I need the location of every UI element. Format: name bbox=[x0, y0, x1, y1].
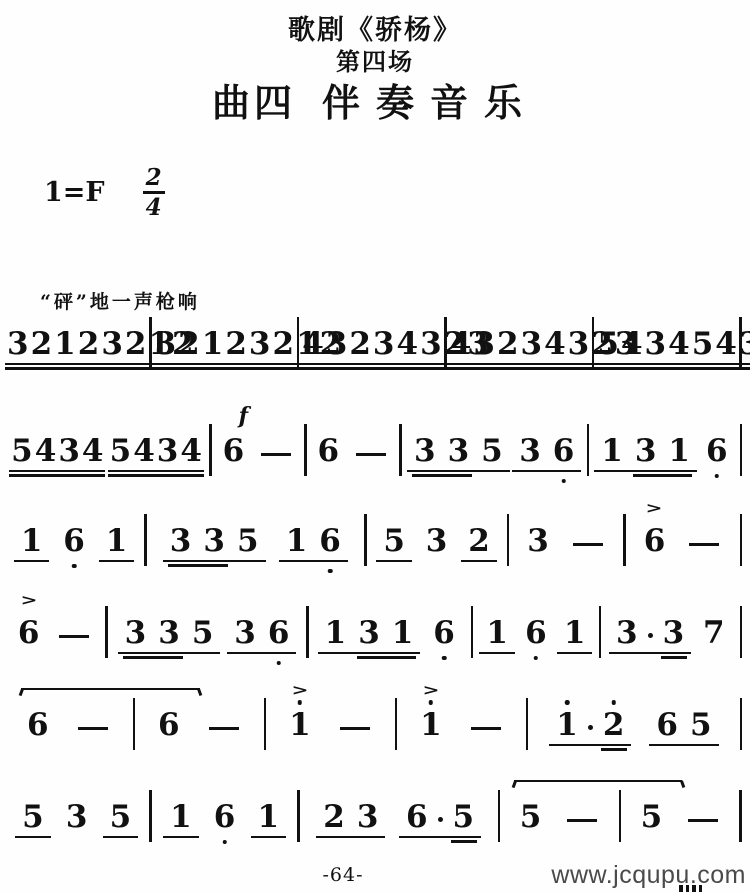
beam-underline-partial bbox=[168, 564, 228, 567]
note: 1 bbox=[170, 802, 192, 833]
dash-rest bbox=[261, 453, 291, 457]
note: 3 bbox=[568, 329, 590, 360]
note: 6 bbox=[268, 618, 290, 649]
note: 5 bbox=[22, 802, 44, 833]
note-digit: 3 bbox=[7, 329, 29, 360]
score-system: 3212321232123212432343234323432354345434 bbox=[6, 316, 744, 360]
beam-underline bbox=[15, 836, 51, 839]
piece-title: 曲四伴奏音乐 bbox=[0, 72, 750, 127]
note: 5 bbox=[453, 802, 475, 833]
note-digit: 5 bbox=[481, 436, 503, 467]
low-octave-dot bbox=[534, 656, 539, 661]
note: 2 bbox=[603, 710, 625, 741]
note-digit: 3 bbox=[568, 329, 590, 360]
note-group: 1 bbox=[558, 618, 592, 649]
note: 1 bbox=[486, 618, 508, 649]
note-digit: 4 bbox=[180, 436, 202, 467]
low-octave-dot bbox=[561, 479, 566, 484]
measure: 33536 bbox=[404, 436, 585, 467]
accent-mark: > bbox=[422, 683, 439, 698]
dash-rest bbox=[340, 727, 370, 731]
note: 3 bbox=[234, 618, 256, 649]
measure: 54345434 bbox=[6, 436, 207, 467]
beam-underline-partial bbox=[412, 474, 472, 477]
measure: 3 bbox=[511, 526, 621, 557]
note-digit: 3 bbox=[521, 329, 543, 360]
note-group: 7 bbox=[697, 618, 731, 649]
high-octave-dot bbox=[429, 700, 434, 705]
note-digit: 3 bbox=[519, 436, 541, 467]
measure: 337 bbox=[603, 618, 737, 649]
note-digit: 3 bbox=[448, 436, 470, 467]
note-group: 5434 bbox=[10, 436, 104, 467]
note-digit: 3 bbox=[125, 618, 147, 649]
note-group bbox=[565, 543, 611, 558]
note-digit: 4 bbox=[302, 329, 324, 360]
note: 4 bbox=[544, 329, 566, 360]
note-group bbox=[253, 453, 299, 468]
dash-rest bbox=[688, 819, 718, 823]
measure: 5 bbox=[623, 802, 737, 833]
cutoff-notation-fragment bbox=[679, 885, 702, 892]
barline bbox=[364, 514, 367, 566]
note-digit: 6 bbox=[18, 618, 40, 649]
note-digit: 6 bbox=[223, 436, 245, 467]
beam-underline bbox=[14, 560, 50, 563]
note-digit: 2 bbox=[78, 329, 100, 360]
note-digit: 6 bbox=[319, 526, 341, 557]
barline bbox=[306, 606, 309, 658]
barline bbox=[740, 698, 743, 750]
note-digit: 3 bbox=[527, 526, 549, 557]
low-octave-dot bbox=[714, 474, 719, 479]
note-digit: 1 bbox=[54, 329, 76, 360]
note-group: 6 bbox=[519, 618, 553, 649]
measure: 1265 bbox=[530, 710, 737, 741]
barline bbox=[740, 424, 743, 476]
note-digit: 6 bbox=[214, 802, 236, 833]
note: 3 bbox=[426, 526, 448, 557]
note-group: 5434 bbox=[691, 329, 750, 360]
measure: 54345434 bbox=[596, 329, 737, 360]
note-digit: 5 bbox=[110, 436, 132, 467]
beam-underline bbox=[5, 367, 101, 370]
beam-underline bbox=[594, 470, 697, 473]
time-numerator: 2 bbox=[146, 166, 162, 189]
barline bbox=[105, 606, 108, 658]
barline bbox=[507, 514, 510, 566]
beam-underline bbox=[690, 367, 750, 370]
note: 3 bbox=[448, 436, 470, 467]
note-digit: 2 bbox=[323, 802, 345, 833]
tonality: 1=F bbox=[44, 177, 105, 208]
barline bbox=[297, 790, 300, 842]
note: 6> bbox=[644, 526, 666, 557]
note-group: 33 bbox=[610, 618, 690, 649]
note-digit: 6 bbox=[27, 710, 49, 741]
note-digit: 1 bbox=[556, 710, 578, 741]
note: 3 bbox=[420, 329, 442, 360]
score-system: 6>335361316161337 bbox=[6, 605, 744, 649]
note-group: 6 bbox=[208, 802, 242, 833]
measure: 6 bbox=[309, 436, 397, 467]
note: 1 bbox=[325, 618, 347, 649]
note: 3 bbox=[616, 618, 638, 649]
note: 4 bbox=[450, 329, 472, 360]
note: 2 bbox=[323, 802, 345, 833]
note-group: 1> bbox=[283, 710, 317, 741]
note-group bbox=[51, 635, 97, 650]
piece-name: 伴奏音乐 bbox=[322, 80, 538, 125]
note-digit: 3 bbox=[234, 618, 256, 649]
note-digit: 3 bbox=[249, 329, 271, 360]
note-digit: 1 bbox=[286, 526, 308, 557]
measure: 32123212 bbox=[154, 329, 295, 360]
beam-underline bbox=[103, 836, 139, 839]
note-digit: 3 bbox=[663, 618, 685, 649]
note: 3 bbox=[663, 618, 685, 649]
note-group: 335 bbox=[164, 526, 265, 557]
note-digit: 5 bbox=[520, 802, 542, 833]
note-digit: 1 bbox=[392, 618, 414, 649]
note-group: 23 bbox=[317, 802, 384, 833]
measure: 6> bbox=[628, 526, 738, 557]
note: 4 bbox=[180, 436, 202, 467]
note: 2 bbox=[31, 329, 53, 360]
note-digit: 1 bbox=[289, 710, 311, 741]
note-digit: 2 bbox=[272, 329, 294, 360]
barline bbox=[623, 514, 626, 566]
note-digit: 3 bbox=[357, 802, 379, 833]
note: 3 bbox=[739, 329, 750, 360]
note: 5 bbox=[110, 436, 132, 467]
note-digit: 5 bbox=[690, 710, 712, 741]
note-digit: 5 bbox=[692, 329, 714, 360]
note: 7 bbox=[703, 618, 725, 649]
note-digit: 5 bbox=[110, 802, 132, 833]
beam-underline bbox=[479, 652, 515, 655]
low-octave-dot bbox=[276, 661, 281, 666]
note: 2 bbox=[78, 329, 100, 360]
note-group: 36 bbox=[513, 436, 580, 467]
note: 2 bbox=[468, 526, 490, 557]
note-group: 6 bbox=[700, 436, 734, 467]
note-digit: 3 bbox=[157, 436, 179, 467]
measure: 161 bbox=[6, 526, 142, 557]
note-digit: 1 bbox=[601, 436, 623, 467]
barline bbox=[133, 698, 136, 750]
note: 6 bbox=[27, 710, 49, 741]
note: 2 bbox=[125, 329, 147, 360]
note-digit: 2 bbox=[349, 329, 371, 360]
note-digit: 2 bbox=[178, 329, 200, 360]
note: 6f bbox=[223, 436, 245, 467]
note-digit: 2 bbox=[225, 329, 247, 360]
note-group bbox=[559, 819, 605, 834]
note-digit: 5 bbox=[597, 329, 619, 360]
dash-rest bbox=[573, 543, 603, 547]
note: 1 bbox=[564, 618, 586, 649]
note-digit: 6 bbox=[644, 526, 666, 557]
measure: 6 bbox=[6, 710, 131, 741]
note-digit: 4 bbox=[715, 329, 737, 360]
note-digit: 1 bbox=[106, 526, 128, 557]
score-system: 1613351653236> bbox=[6, 513, 744, 557]
note: 3 bbox=[155, 329, 177, 360]
measure: 43234323 bbox=[449, 329, 590, 360]
measure: 532 bbox=[369, 526, 505, 557]
augmentation-dot bbox=[648, 633, 653, 638]
note: 1 bbox=[556, 710, 578, 741]
note-group bbox=[680, 819, 726, 834]
score-system: 661>1>1265 bbox=[6, 697, 744, 741]
beam-underline bbox=[108, 470, 204, 473]
note: 6 bbox=[158, 710, 180, 741]
note-digit: 1 bbox=[170, 802, 192, 833]
note-digit: 4 bbox=[35, 436, 57, 467]
note: 3 bbox=[125, 618, 147, 649]
note: 5 bbox=[110, 802, 132, 833]
tie-bracket bbox=[514, 780, 683, 790]
note-digit: 2 bbox=[125, 329, 147, 360]
note-digit: 1 bbox=[420, 710, 442, 741]
note-group: 4323 bbox=[449, 329, 543, 360]
note: 2 bbox=[272, 329, 294, 360]
key-signature: 1=F 2 4 bbox=[44, 166, 165, 219]
note-digit: 5 bbox=[453, 802, 475, 833]
note: 4 bbox=[621, 329, 643, 360]
note-group: 5 bbox=[514, 802, 548, 833]
dash-rest bbox=[567, 819, 597, 823]
note: 5 bbox=[692, 329, 714, 360]
beam-underline bbox=[557, 652, 593, 655]
beam-underline bbox=[649, 744, 718, 747]
note-digit: 6 bbox=[268, 618, 290, 649]
note-digit: 3 bbox=[101, 329, 123, 360]
measure: 1> bbox=[268, 710, 393, 741]
note: 3 bbox=[7, 329, 29, 360]
note: 6 bbox=[433, 618, 455, 649]
high-octave-dot bbox=[565, 700, 570, 705]
beam-underline-partial bbox=[123, 656, 183, 659]
note: 4 bbox=[715, 329, 737, 360]
note-group: 65 bbox=[400, 802, 480, 833]
note: 1 bbox=[21, 526, 43, 557]
barline bbox=[526, 698, 529, 750]
measure: 535 bbox=[6, 802, 147, 833]
piece-label: 曲四 bbox=[212, 80, 296, 125]
note-digit: 2 bbox=[31, 329, 53, 360]
barline bbox=[395, 698, 398, 750]
note-group: 6> bbox=[12, 618, 46, 649]
forte-dynamic: f bbox=[239, 403, 248, 429]
note-digit: 4 bbox=[621, 329, 643, 360]
note-digit: 5 bbox=[11, 436, 33, 467]
note: 5 bbox=[383, 526, 405, 557]
beam-underline bbox=[279, 560, 348, 563]
note-digit: 4 bbox=[133, 436, 155, 467]
note-digit: 3 bbox=[203, 526, 225, 557]
note: 3 bbox=[170, 526, 192, 557]
note-group: 3 bbox=[60, 802, 94, 833]
measure: 43234323 bbox=[301, 329, 442, 360]
beam-underline bbox=[9, 474, 105, 477]
note: 3 bbox=[645, 329, 667, 360]
note: 1 bbox=[286, 526, 308, 557]
note-group: 16 bbox=[280, 526, 347, 557]
beam-underline bbox=[690, 363, 750, 366]
note: 5 bbox=[11, 436, 33, 467]
barline bbox=[304, 424, 307, 476]
note-group: 6> bbox=[638, 526, 672, 557]
note: 4 bbox=[668, 329, 690, 360]
measure: 6> bbox=[6, 618, 103, 649]
note-group: 12 bbox=[550, 710, 630, 741]
note-group: 6 bbox=[312, 436, 346, 467]
note-digit: 6 bbox=[318, 436, 340, 467]
note-group: 5434 bbox=[109, 436, 203, 467]
note-digit: 3 bbox=[58, 436, 80, 467]
tie-bracket bbox=[21, 688, 200, 698]
note: 3 bbox=[66, 802, 88, 833]
beam-underline-partial bbox=[633, 474, 692, 477]
note: 5 bbox=[520, 802, 542, 833]
beam-underline bbox=[376, 560, 412, 563]
beam-underline bbox=[448, 363, 544, 366]
measure: 2365 bbox=[302, 802, 496, 833]
note-digit: 1 bbox=[486, 618, 508, 649]
note: 5 bbox=[237, 526, 259, 557]
note-group bbox=[332, 727, 378, 742]
note: 3 bbox=[157, 436, 179, 467]
note: 6 bbox=[656, 710, 678, 741]
note: 6 bbox=[319, 526, 341, 557]
note-digit: 6 bbox=[63, 526, 85, 557]
barline bbox=[739, 790, 742, 842]
note: 2 bbox=[178, 329, 200, 360]
time-signature: 2 4 bbox=[143, 166, 165, 219]
note-digit: 6 bbox=[158, 710, 180, 741]
note-digit: 4 bbox=[450, 329, 472, 360]
beam-underline bbox=[512, 470, 581, 473]
note-digit: 3 bbox=[158, 618, 180, 649]
note-digit: 3 bbox=[373, 329, 395, 360]
note: 5 bbox=[690, 710, 712, 741]
measure: 1> bbox=[399, 710, 524, 741]
note-group: 5 bbox=[377, 526, 411, 557]
note-group: 5434 bbox=[596, 329, 690, 360]
barline bbox=[619, 790, 622, 842]
beam-underline bbox=[609, 652, 691, 655]
note-digit: 5 bbox=[237, 526, 259, 557]
note: 3 bbox=[519, 436, 541, 467]
note: 5 bbox=[192, 618, 214, 649]
barline bbox=[471, 606, 474, 658]
barline bbox=[144, 514, 147, 566]
beam-underline bbox=[118, 652, 221, 655]
note-group: 335 bbox=[408, 436, 509, 467]
barline bbox=[209, 424, 212, 476]
note-group: 5 bbox=[635, 802, 669, 833]
augmentation-dot bbox=[588, 725, 593, 730]
note-group: 5 bbox=[104, 802, 138, 833]
beam-underline bbox=[153, 363, 249, 366]
note-group bbox=[201, 727, 247, 742]
note: 1 bbox=[392, 618, 414, 649]
note-digit: 3 bbox=[358, 618, 380, 649]
note-group: 65 bbox=[650, 710, 717, 741]
time-denominator: 4 bbox=[146, 196, 162, 219]
note-digit: 3 bbox=[66, 802, 88, 833]
beam-underline bbox=[153, 367, 249, 370]
note-group: 1 bbox=[480, 618, 514, 649]
note-digit: 5 bbox=[22, 802, 44, 833]
note: 1> bbox=[289, 710, 311, 741]
note-digit: 6 bbox=[656, 710, 678, 741]
beam-underline bbox=[318, 652, 421, 655]
note: 3 bbox=[373, 329, 395, 360]
note-group: 3 bbox=[521, 526, 555, 557]
beam-underline-partial bbox=[661, 656, 687, 659]
barline bbox=[740, 606, 743, 658]
note-digit: 5 bbox=[641, 802, 663, 833]
measure: 6 bbox=[137, 710, 262, 741]
note-group: 4323 bbox=[301, 329, 395, 360]
note: 2 bbox=[349, 329, 371, 360]
note: 3 bbox=[635, 436, 657, 467]
sheet-music-page: 歌剧《骄杨》 第四场 曲四伴奏音乐 1=F 2 4 “砰”地一声枪响 32123… bbox=[0, 0, 750, 892]
measure: 161 bbox=[154, 802, 295, 833]
note: 4 bbox=[133, 436, 155, 467]
note: 6 bbox=[525, 618, 547, 649]
beam-underline bbox=[399, 836, 481, 839]
accent-mark: > bbox=[20, 593, 37, 608]
dash-rest bbox=[356, 453, 386, 457]
accent-mark: > bbox=[646, 501, 663, 516]
note-group: 1 bbox=[164, 802, 198, 833]
note-digit: 1 bbox=[668, 436, 690, 467]
beam-underline bbox=[407, 470, 510, 473]
note: 2 bbox=[225, 329, 247, 360]
note: 6 bbox=[63, 526, 85, 557]
note-digit: 6 bbox=[525, 618, 547, 649]
note: 6 bbox=[553, 436, 575, 467]
note: 1 bbox=[106, 526, 128, 557]
note-digit: 1 bbox=[564, 618, 586, 649]
note-digit: 2 bbox=[497, 329, 519, 360]
beam-underline bbox=[595, 363, 691, 366]
note: 5 bbox=[597, 329, 619, 360]
note-digit: 3 bbox=[170, 526, 192, 557]
note-group bbox=[681, 543, 727, 558]
note: 4 bbox=[82, 436, 104, 467]
beam-underline bbox=[251, 836, 287, 839]
beam-underline-partial bbox=[451, 840, 477, 843]
note: 5 bbox=[641, 802, 663, 833]
barline bbox=[399, 424, 402, 476]
note: 4 bbox=[302, 329, 324, 360]
note-digit: 3 bbox=[645, 329, 667, 360]
note-group: 6 bbox=[21, 710, 55, 741]
beam-underline bbox=[163, 560, 266, 563]
measure: 161 bbox=[475, 618, 596, 649]
note-digit: 6 bbox=[553, 436, 575, 467]
note: 3 bbox=[158, 618, 180, 649]
note-group: 6f bbox=[217, 436, 251, 467]
note-group: 131 bbox=[319, 618, 420, 649]
note: 6 bbox=[406, 802, 428, 833]
note: 6 bbox=[214, 802, 236, 833]
